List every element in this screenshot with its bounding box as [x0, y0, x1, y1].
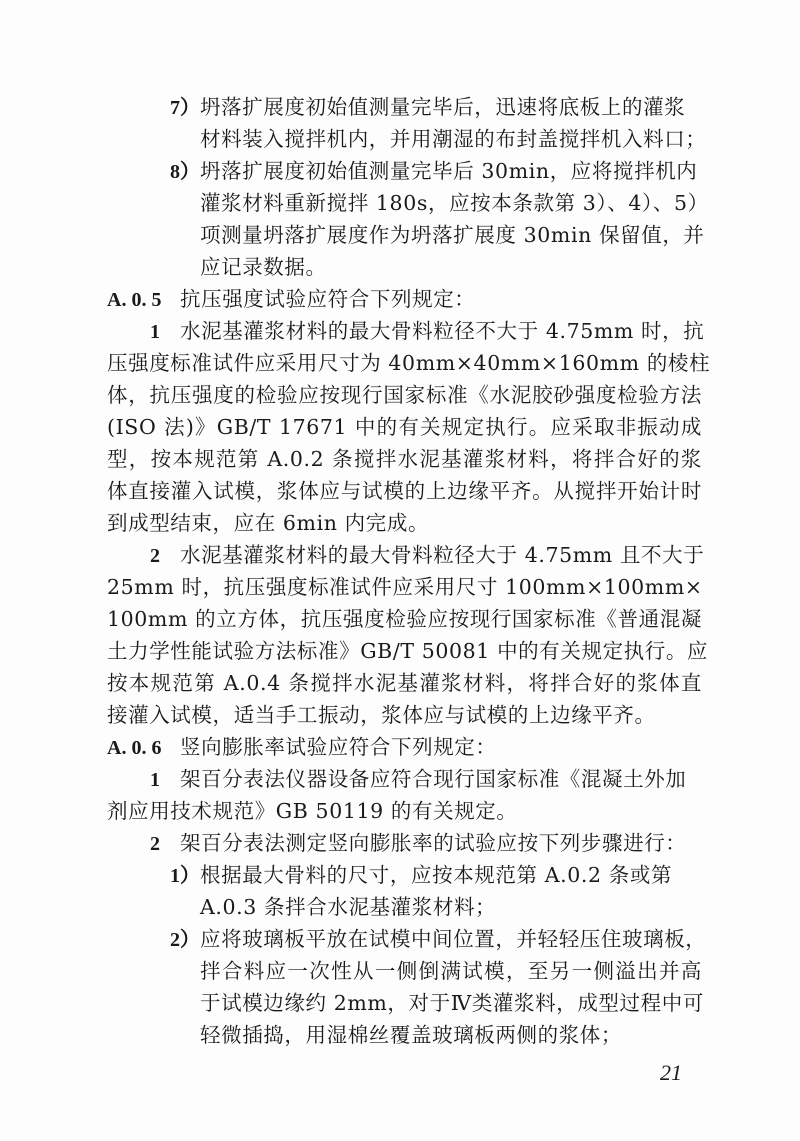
sub-item-2-line-2: 拌合料应一次性从一侧倒满试模，至另一侧溢出并高	[200, 955, 702, 987]
section-title: 竖向膨胀率试验应符合下列规定：	[180, 735, 497, 759]
section-heading-a05: A. 0. 5抗压强度试验应符合下列规定：	[107, 283, 475, 315]
item-text: 坍落扩展度初始值测量完毕后，迅速将底板上的灌浆	[200, 95, 685, 119]
document-page: 7）坍落扩展度初始值测量完毕后，迅速将底板上的灌浆 材料装入搅拌机内，并用潮湿的…	[0, 0, 800, 1141]
clause-1-line-6: 体直接灌入试模，浆体应与试模的上边缘平齐。从搅拌开始计时	[107, 475, 702, 507]
clause-1-line-7: 到成型结束，应在 6min 内完成。	[107, 507, 429, 539]
clause-text: 水泥基灌浆材料的最大骨料粒径大于 4.75mm 且不大于	[180, 543, 704, 567]
item-number: 2）	[170, 924, 200, 956]
clause-2-line-1: 2水泥基灌浆材料的最大骨料粒径大于 4.75mm 且不大于	[150, 539, 704, 571]
clause-text: 架百分表法仪器设备应符合现行国家标准《混凝土外加	[180, 767, 686, 791]
section-title: 抗压强度试验应符合下列规定：	[180, 287, 475, 311]
item-text: 根据最大骨料的尺寸，应按本规范第 A.0.2 条或第	[200, 863, 672, 887]
clause-text: 水泥基灌浆材料的最大骨料粒径不大于 4.75mm 时，抗	[180, 319, 704, 343]
item-number: 7）	[170, 92, 200, 124]
clause-1-line-1: 1水泥基灌浆材料的最大骨料粒径不大于 4.75mm 时，抗	[150, 315, 704, 347]
clause-2-line-4: 土力学性能试验方法标准》GB/T 50081 中的有关规定执行。应	[107, 635, 702, 667]
list-item-7-line-2: 材料装入搅拌机内，并用潮湿的布封盖搅拌机入料口；	[200, 123, 702, 155]
section-number: A. 0. 6	[107, 732, 180, 764]
list-item-8-line-2: 灌浆材料重新搅拌 180s，应按本条款第 3）、4）、5）	[200, 187, 702, 219]
item-number: 8）	[170, 156, 200, 188]
sub-item-2-line-1: 2）应将玻璃板平放在试模中间位置，并轻轻压住玻璃板，	[170, 923, 706, 955]
clause-2-line-6: 接灌入试模，适当手工振动，浆体应与试模的上边缘平齐。	[107, 699, 656, 731]
list-item-8-line-1: 8）坍落扩展度初始值测量完毕后 30min，应将搅拌机内	[170, 155, 697, 187]
list-item-8-line-4: 应记录数据。	[200, 251, 327, 283]
item-text: 坍落扩展度初始值测量完毕后 30min，应将搅拌机内	[200, 159, 697, 183]
clause-number: 2	[150, 540, 180, 572]
item-number: 1）	[170, 860, 200, 892]
clause-2-line-2: 25mm 时，抗压强度标准试件应采用尺寸 100mm×100mm×	[107, 571, 702, 603]
clause-1-line-2: 压强度标准试件应采用尺寸为 40mm×40mm×160mm 的棱柱	[107, 347, 702, 379]
clause-1-line-4: (ISO 法)》GB/T 17671 中的有关规定执行。应采取非振动成	[107, 411, 702, 443]
clause-1-line-2: 剂应用技术规范》GB 50119 的有关规定。	[107, 795, 518, 827]
clause-number: 2	[150, 828, 180, 860]
clause-1-line-5: 型，按本规范第 A.0.2 条搅拌水泥基灌浆材料，将拌合好的浆	[107, 443, 702, 475]
clause-1-line-3: 体，抗压强度的检验应按现行国家标准《水泥胶砂强度检验方法	[107, 379, 702, 411]
clause-2-line-1: 2架百分表法测定竖向膨胀率的试验应按下列步骤进行：	[150, 827, 686, 859]
clause-2-line-3: 100mm 的立方体，抗压强度检验应按现行国家标准《普通混凝	[107, 603, 702, 635]
page-number: 21	[660, 1060, 682, 1086]
section-heading-a06: A. 0. 6竖向膨胀率试验应符合下列规定：	[107, 731, 497, 763]
clause-number: 1	[150, 764, 180, 796]
sub-item-1-line-2: A.0.3 条拌合水泥基灌浆材料；	[200, 891, 496, 923]
sub-item-2-line-3: 于试模边缘约 2mm，对于Ⅳ类灌浆料，成型过程中可	[200, 987, 702, 1019]
clause-1-line-1: 1架百分表法仪器设备应符合现行国家标准《混凝土外加	[150, 763, 686, 795]
list-item-7-line-1: 7）坍落扩展度初始值测量完毕后，迅速将底板上的灌浆	[170, 91, 685, 123]
clause-text: 架百分表法测定竖向膨胀率的试验应按下列步骤进行：	[180, 831, 686, 855]
sub-item-1-line-1: 1）根据最大骨料的尺寸，应按本规范第 A.0.2 条或第	[170, 859, 672, 891]
sub-item-2-line-4: 轻微插捣，用湿棉丝覆盖玻璃板两侧的浆体；	[200, 1019, 622, 1051]
clause-number: 1	[150, 316, 180, 348]
clause-2-line-5: 按本规范第 A.0.4 条搅拌水泥基灌浆材料，将拌合好的浆体直	[107, 667, 702, 699]
section-number: A. 0. 5	[107, 284, 180, 316]
item-text: 应将玻璃板平放在试模中间位置，并轻轻压住玻璃板，	[200, 927, 706, 951]
list-item-8-line-3: 项测量坍落扩展度作为坍落扩展度 30min 保留值，并	[200, 219, 702, 251]
